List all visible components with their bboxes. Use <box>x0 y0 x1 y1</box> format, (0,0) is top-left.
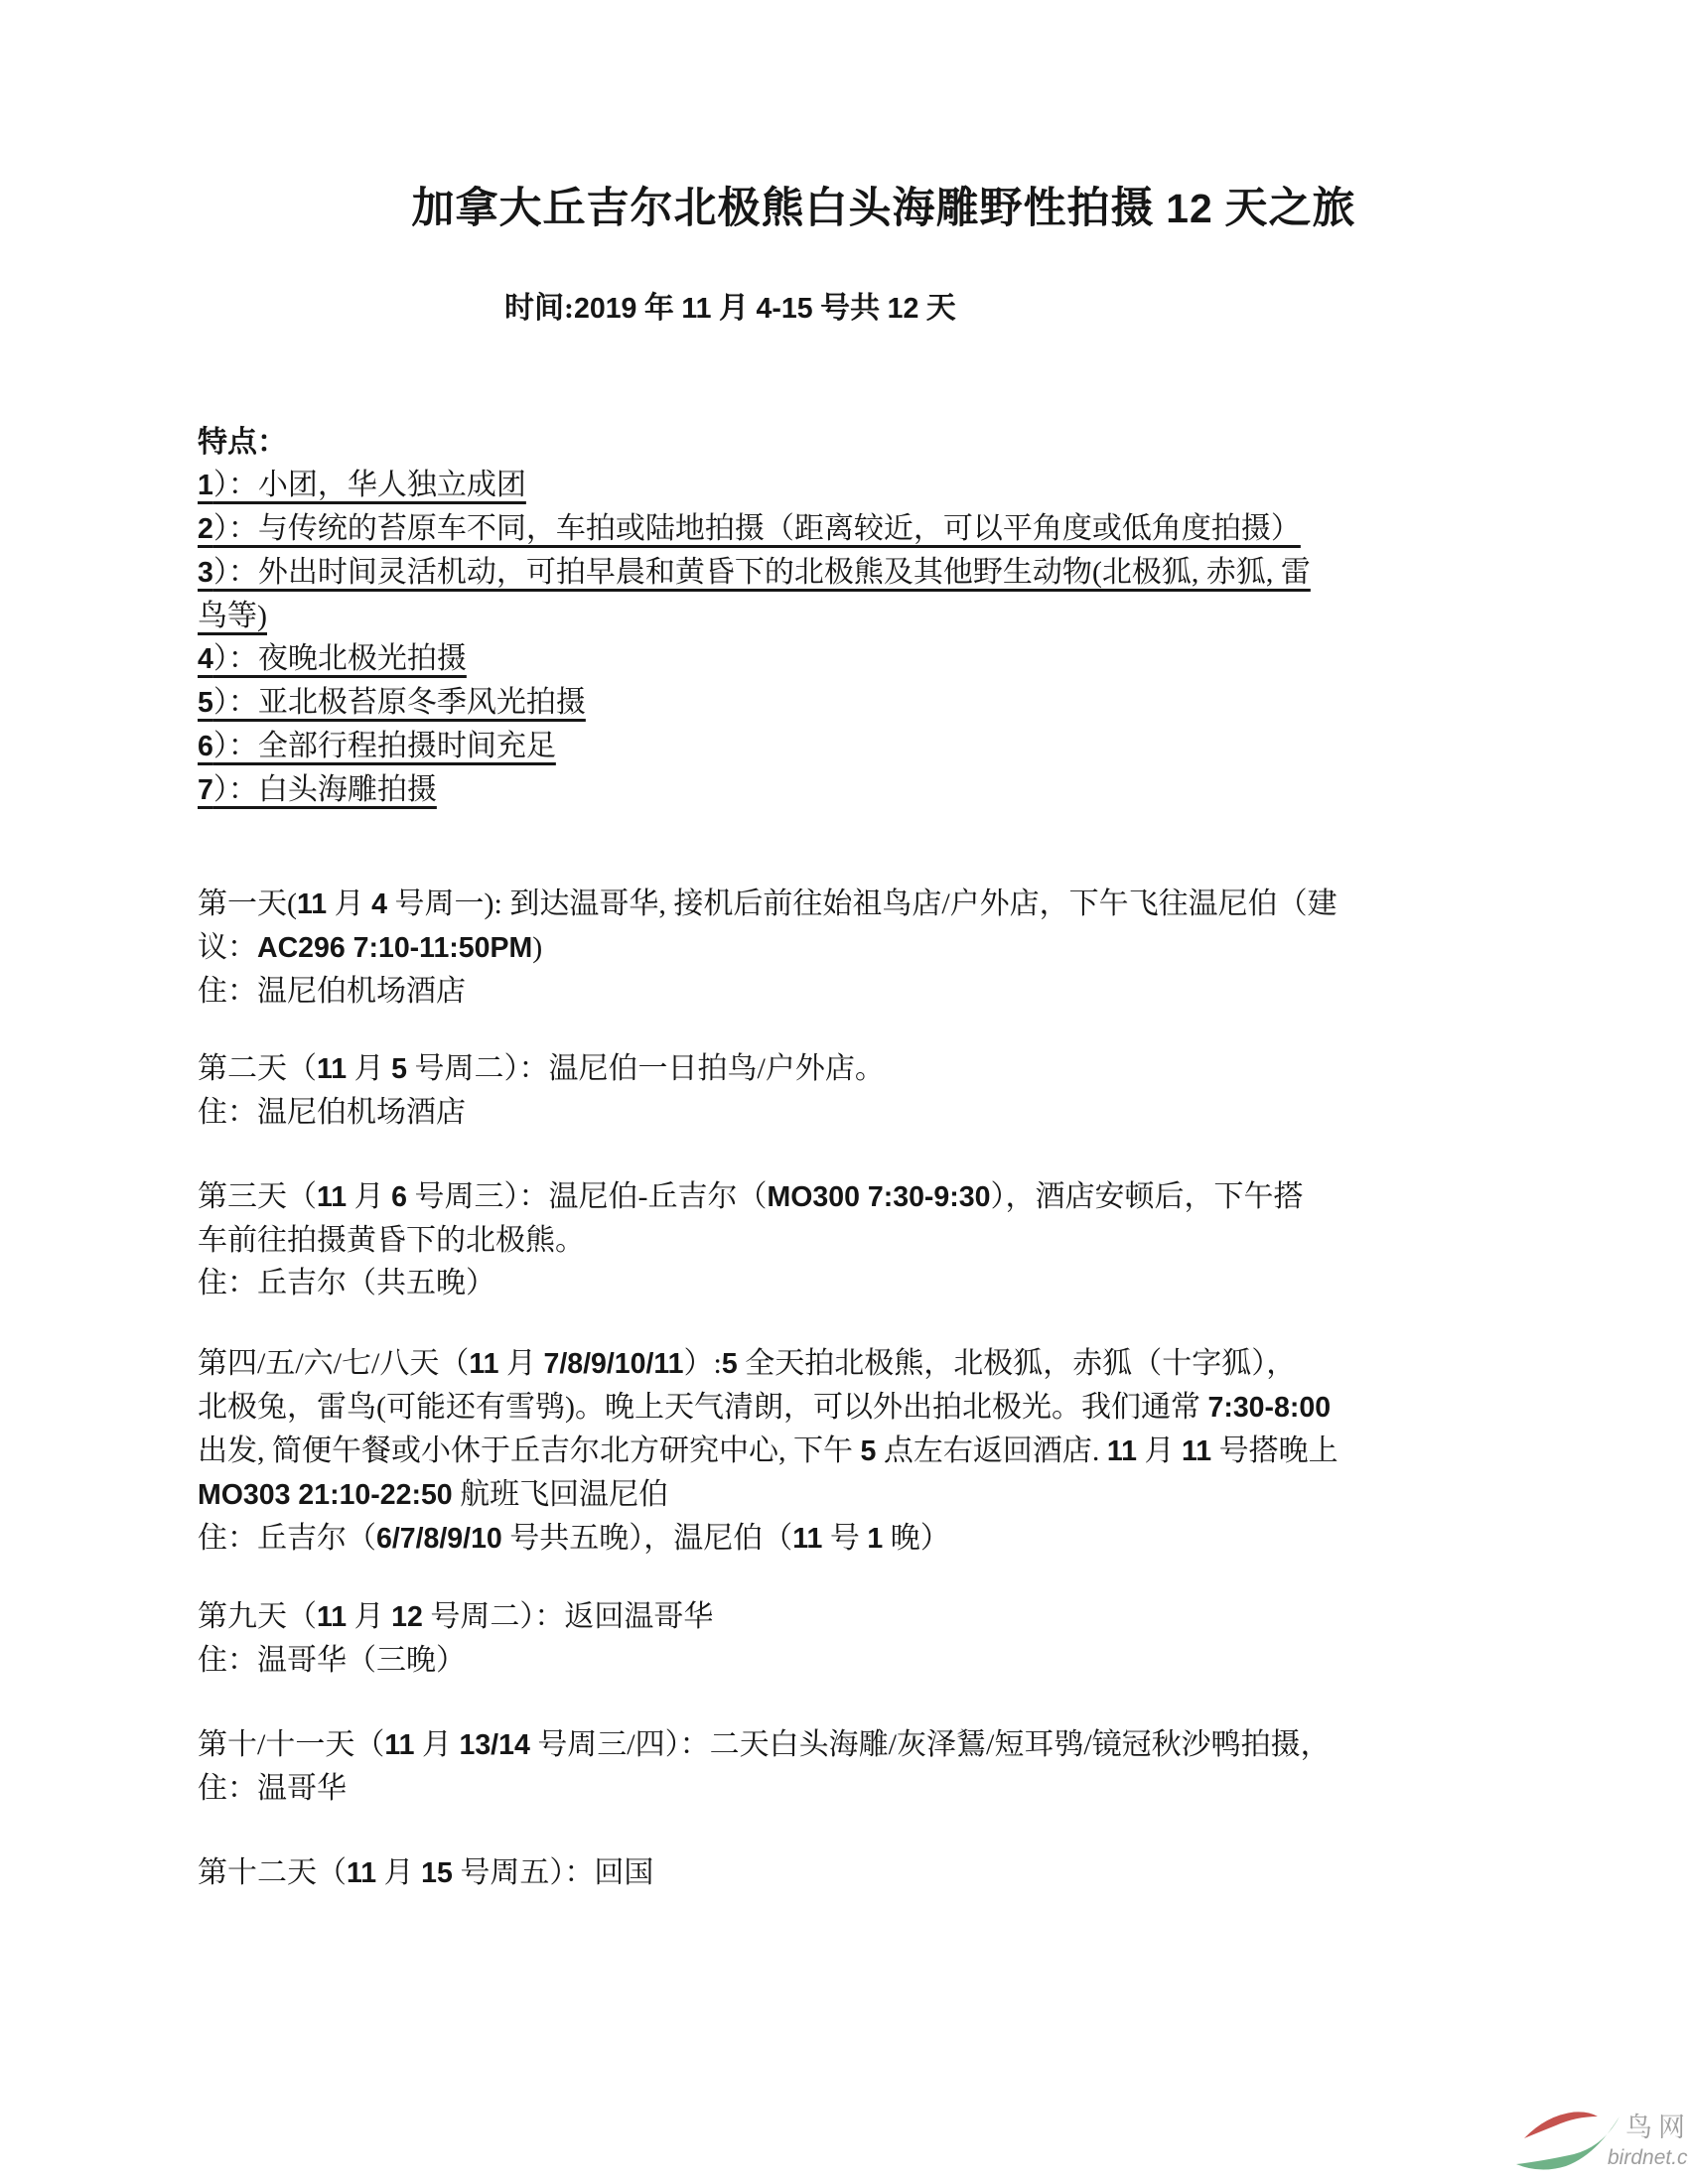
itinerary-line: 第九天（11 月 12 号周二）：返回温哥华 <box>198 1595 713 1639</box>
feature-item: 7）：白头海雕拍摄 <box>198 768 1311 812</box>
itinerary-line: 住：温哥华 <box>198 1767 1331 1810</box>
green-wing-shape <box>1516 2116 1619 2170</box>
itinerary-line: 第十二天（11 月 15 号周五）：回国 <box>198 1851 653 1895</box>
itinerary-line: 第四/五/六/七/八天（11 月 7/8/9/10/11）:5 全天拍北极熊，北… <box>198 1342 1338 1386</box>
itinerary-day12: 第十二天（11 月 15 号周五）：回国 <box>198 1851 653 1895</box>
birdnet-logo: 鸟网 birdnet.cn <box>1514 2097 1688 2181</box>
itinerary-day4-8: 第四/五/六/七/八天（11 月 7/8/9/10/11）:5 全天拍北极熊，北… <box>198 1342 1338 1561</box>
itinerary-line: 车前往拍摄黄昏下的北极熊。 <box>198 1219 1303 1262</box>
feature-item-wrap: 鸟等) <box>198 595 1311 637</box>
itinerary-line: 住：丘吉尔（6/7/8/9/10 号共五晚），温尼伯（11 号 1 晚） <box>198 1517 1338 1561</box>
itinerary-line: 议：AC296 7:10-11:50PM) <box>198 926 1337 970</box>
feature-item: 5）：亚北极苔原冬季风光拍摄 <box>198 681 1311 725</box>
itinerary-line: 住：温哥华（三晚） <box>198 1639 713 1682</box>
trip-dates-subtitle: 时间:2019 年 11 月 4-15 号共 12 天 <box>504 290 956 328</box>
itinerary-day2: 第二天（11 月 5 号周二）：温尼伯一日拍鸟/户外店。 住：温尼伯机场酒店 <box>198 1047 885 1134</box>
itinerary-day1: 第一天(11 月 4 号周一): 到达温哥华, 接机后前往始祖鸟店/户外店，下午… <box>198 883 1337 1013</box>
feature-item: 6）：全部行程拍摄时间充足 <box>198 725 1311 768</box>
feature-item: 3）：外出时间灵活机动，可拍早晨和黄昏下的北极熊及其他野生动物(北极狐, 赤狐,… <box>198 551 1311 595</box>
features-section: 特点： 1）：小团，华人独立成团 2）：与传统的苔原车不同，车拍或陆地拍摄（距离… <box>198 421 1311 812</box>
itinerary-day9: 第九天（11 月 12 号周二）：返回温哥华 住：温哥华（三晚） <box>198 1595 713 1682</box>
itinerary-line: 出发, 简便午餐或小休于丘吉尔北方研究中心, 下午 5 点左右返回酒店. 11 … <box>198 1430 1338 1473</box>
itinerary-line: 住：温尼伯机场酒店 <box>198 1091 885 1134</box>
site-name: 鸟网 <box>1625 2113 1687 2142</box>
itinerary-line: 住：温尼伯机场酒店 <box>198 970 1337 1013</box>
itinerary-day3: 第三天（11 月 6 号周三）：温尼伯-丘吉尔（MO300 7:30-9:30）… <box>198 1175 1303 1304</box>
features-heading: 特点： <box>198 421 1311 464</box>
feature-item: 4）：夜晚北极光拍摄 <box>198 637 1311 681</box>
itinerary-line: 住：丘吉尔（共五晚） <box>198 1262 1303 1304</box>
itinerary-line: 北极兔，雷鸟(可能还有雪鸮)。晚上天气清朗，可以外出拍北极光。我们通常 7:30… <box>198 1386 1338 1430</box>
itinerary-line: 第二天（11 月 5 号周二）：温尼伯一日拍鸟/户外店。 <box>198 1047 885 1091</box>
site-domain: birdnet.cn <box>1608 2146 1687 2170</box>
itinerary-line: 第三天（11 月 6 号周三）：温尼伯-丘吉尔（MO300 7:30-9:30）… <box>198 1175 1303 1219</box>
itinerary-line: 第十/十一天（11 月 13/14 号周三/四）：二天白头海雕/灰泽鵟/短耳鸮/… <box>198 1723 1331 1767</box>
document-page: 加拿大丘吉尔北极熊白头海雕野性拍摄 12 天之旅 时间:2019 年 11 月 … <box>0 0 1688 2184</box>
itinerary-line: MO303 21:10-22:50 航班飞回温尼伯 <box>198 1473 1338 1517</box>
itinerary-day10-11: 第十/十一天（11 月 13/14 号周三/四）：二天白头海雕/灰泽鵟/短耳鸮/… <box>198 1723 1331 1810</box>
itinerary-line: 第一天(11 月 4 号周一): 到达温哥华, 接机后前往始祖鸟店/户外店，下午… <box>198 883 1337 926</box>
feature-item: 2）：与传统的苔原车不同，车拍或陆地拍摄（距离较近，可以平角度或低角度拍摄） <box>198 507 1311 551</box>
page-title: 加拿大丘吉尔北极熊白头海雕野性拍摄 12 天之旅 <box>0 183 1688 235</box>
red-wing-shape <box>1524 2112 1598 2138</box>
feature-item: 1）：小团，华人独立成团 <box>198 464 1311 507</box>
